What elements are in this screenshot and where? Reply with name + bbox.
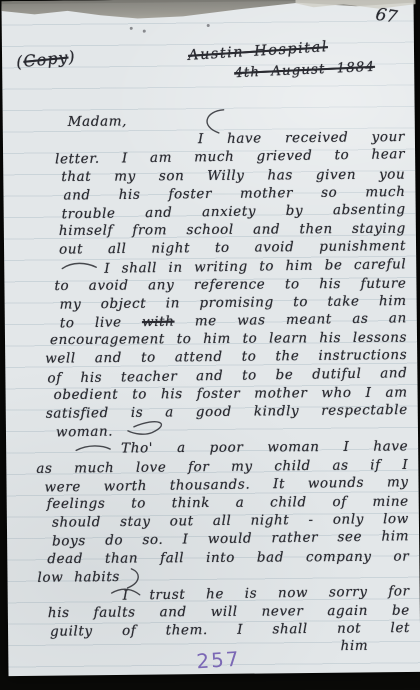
struck-word: with — [142, 314, 175, 330]
letter-line: feelings to think a child of mine — [47, 493, 409, 514]
pencil-mark — [130, 27, 133, 30]
letter-line: obedient to his foster mother who I am — [54, 383, 408, 404]
letter-line: himself from school and then staying — [59, 220, 406, 241]
letter-paper-sheet: 67 (Copy) Austin Hospital 4th August 188… — [1, 0, 420, 676]
copy-label: (Copy) — [15, 47, 76, 72]
letter-line: dead than fall into bad company or — [47, 547, 409, 568]
photographed-page: 67 (Copy) Austin Hospital 4th August 188… — [0, 0, 420, 690]
letterhead-place: Austin Hospital — [188, 39, 329, 64]
page-number: 67 — [375, 5, 399, 28]
pencil-mark — [207, 24, 210, 27]
archive-number: 257 — [196, 647, 242, 674]
letter-line: to avoid any reference to his future — [54, 274, 406, 295]
pencil-mark — [143, 30, 146, 33]
struck-word: Copy — [23, 48, 70, 71]
letterhead-date: 4th August 1884 — [234, 59, 375, 81]
letter-line: Tho' a poor woman I have — [121, 438, 408, 458]
letter-line: encouragement to him to learn his lesson… — [50, 329, 407, 350]
letter-body: Madam,I have received yourletter. I am m… — [33, 110, 411, 659]
letter-line: his faults and will never again be — [48, 602, 410, 623]
letter-line: Madam, — [68, 111, 405, 132]
letter-line: that my son Willy has given you — [61, 165, 405, 186]
